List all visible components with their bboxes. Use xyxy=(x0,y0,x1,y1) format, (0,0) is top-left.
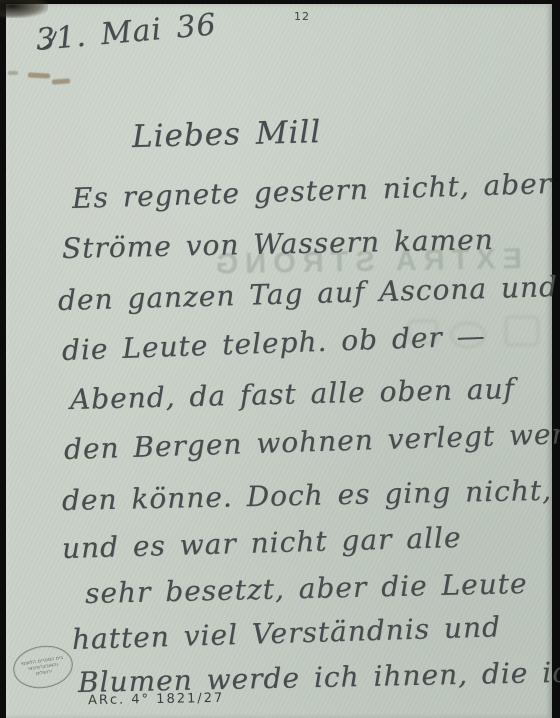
page-number: 12 xyxy=(294,10,310,23)
scan-corner-smudge xyxy=(0,0,48,18)
scanned-letter: EXTRA STRONG 12 31. Mai 36 Liebes Mill E… xyxy=(0,0,560,718)
tape-residue-mark xyxy=(8,71,18,75)
letter-salutation: Liebes Mill xyxy=(132,115,322,156)
archive-number: ARc. 4° 1821/27 xyxy=(88,691,224,708)
stamp-text-line: ירושלים xyxy=(36,669,53,678)
tape-residue-mark xyxy=(28,72,50,78)
showthrough-smudge xyxy=(505,316,539,346)
